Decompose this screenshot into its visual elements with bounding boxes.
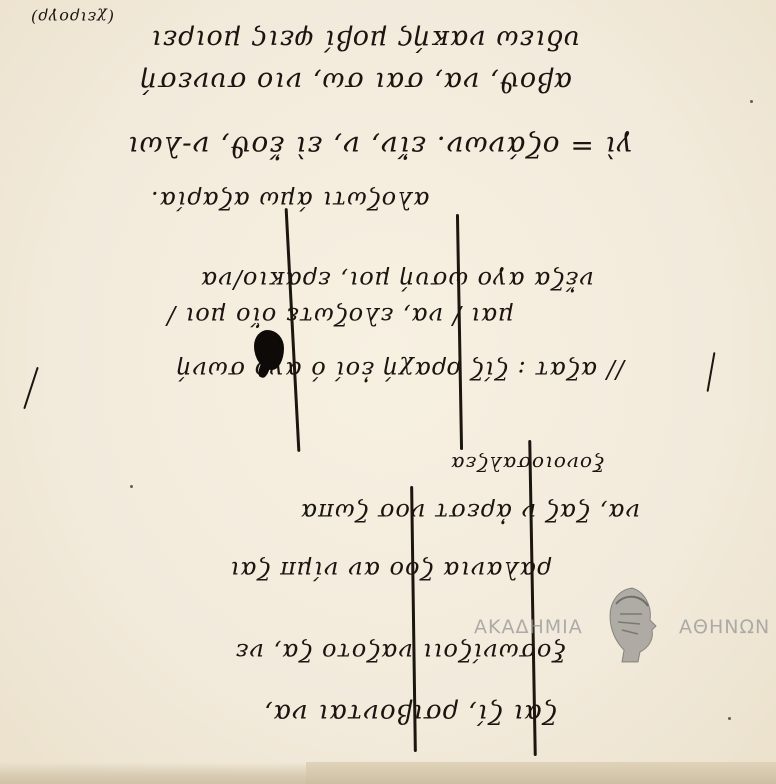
manuscript-line: ραλανια ζοο αν νίμπ ζαι [40,556,740,584]
manuscript-line: αβοϑ, να, σαι σω, νιο συνεσή [140,66,572,97]
page-edge-shadow [0,762,776,784]
paper-speck [750,100,753,103]
vertical-rule [285,208,301,452]
manuscript-line: ζαι ζί, ρσιβονται να, [120,698,700,728]
paper-speck [130,485,133,488]
manuscript-line: νἔζα αγο ωσυή μοι, ερακιο/να [200,266,594,294]
manuscript-line: ξοσωνίζοιι ναζοτο ζα, νε [60,638,740,666]
manuscript-line: υδιεω νακής μοβί φεις μοιρει [20,24,710,55]
manuscript-page: (χειρογρ) υδιεω νακής μοβί φεις μοιρει α… [0,0,776,784]
manuscript-line: να, ζαζ ν ἀρεστ νοσ ζωπα [210,498,730,526]
manuscript-line: γὶ = οζάνων. εἴν, ν, εὶ ἔοϑ, ν-λωι [30,130,730,163]
manuscript-line: ξονοιοσαλζεα [450,452,604,476]
watermark-left-text: ΑΚΑΔΗΜΙΑ [474,616,583,638]
vertical-rule [456,214,463,450]
manuscript-line: // αζατ : ζίζ ρραχή ἐοί ό αγο σωνή [60,356,740,384]
paper-speck [728,717,731,720]
manuscript-line: μαι / να, ελοζωτε οἵο μοι / [20,302,660,330]
manuscript-line: αλοζωτι άμω αζαρία. [150,186,430,214]
slash-mark [23,367,38,409]
watermark-right-text: ΑΘΗΝΩΝ [679,616,770,638]
